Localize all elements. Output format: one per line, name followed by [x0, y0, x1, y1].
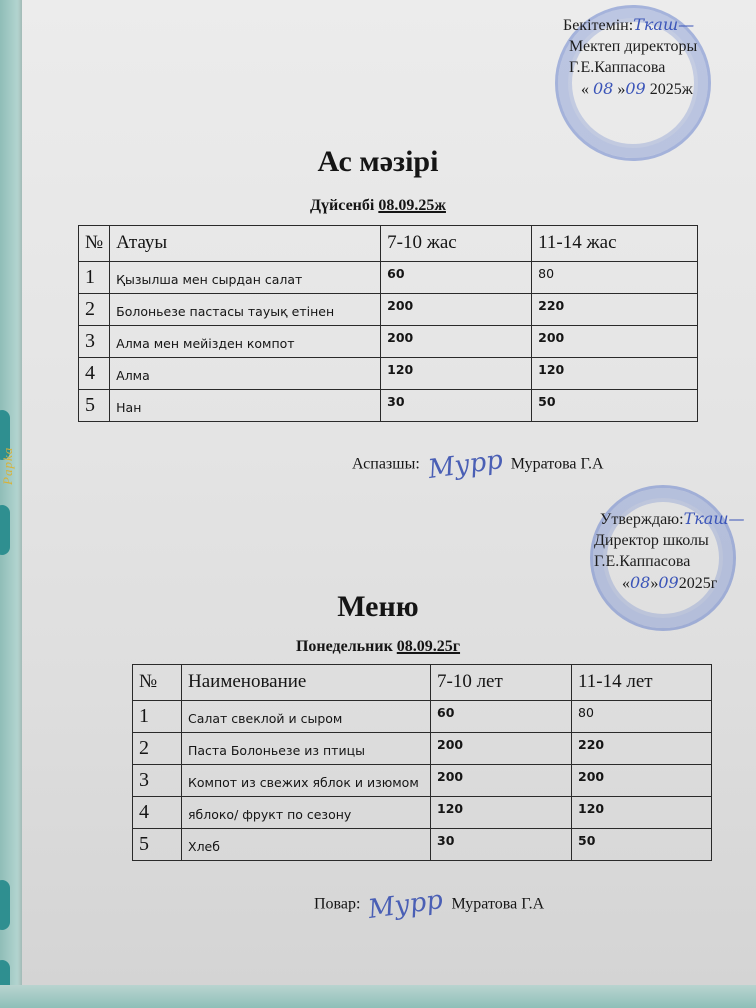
header-name: Атауы	[110, 226, 381, 262]
menu-table-kz: № Атауы 7-10 жас 11-14 жас 1 Қызылша мен…	[78, 225, 698, 422]
approval-block-kz: Бекітемін:Ткаш— Мектеп директоры Г.Е.Кап…	[563, 14, 697, 100]
day-date-kz: Дүйсенбі 08.09.25ж	[0, 197, 756, 215]
cook-signature: Мурр	[426, 445, 504, 485]
binder-label: Papka	[0, 405, 14, 485]
table-row: 4 Алма 120 120	[79, 358, 698, 390]
director-name: Г.Е.Каппасова	[594, 551, 745, 572]
table-row: 5 Нан 30 50	[79, 390, 698, 422]
cook-signature-ru: Повар:МуррМуратова Г.А	[314, 890, 544, 920]
cook-name: Муратова Г.А	[511, 456, 604, 473]
table-row: 4 яблоко/ фрукт по сезону 120 120	[133, 797, 712, 829]
menu-table-ru: № Наименование 7-10 лет 11-14 лет 1 Сала…	[132, 664, 712, 861]
director-position: Мектеп директоры	[563, 36, 697, 57]
approval-label: Бекітемін:	[563, 17, 633, 34]
cook-signature: Мурр	[367, 885, 445, 925]
cook-label: Повар:	[314, 896, 360, 913]
table-row: 3 Компот из свежих яблок и изюмом 200 20…	[133, 765, 712, 797]
table-header-row: № Наименование 7-10 лет 11-14 лет	[133, 665, 712, 701]
director-position: Директор школы	[594, 530, 745, 551]
table-header-row: № Атауы 7-10 жас 11-14 жас	[79, 226, 698, 262]
table-row: 2 Болоньезе пастасы тауық етінен 200 220	[79, 294, 698, 326]
approval-block-ru: Утверждаю:Ткаш— Директор школы Г.Е.Каппа…	[594, 508, 745, 594]
page-title-ru: Меню	[0, 590, 756, 624]
day-date-ru: Понедельник 08.09.25г	[0, 638, 756, 656]
header-age-7-10: 7-10 жас	[381, 226, 532, 262]
approval-label: Утверждаю:	[600, 511, 684, 528]
director-name: Г.Е.Каппасова	[563, 57, 697, 78]
director-signature: Ткаш	[684, 509, 729, 528]
table-row: 3 Алма мен мейізден компот 200 200	[79, 326, 698, 358]
table-row: 1 Салат свеклой и сыром 60 80	[133, 701, 712, 733]
director-signature: Ткаш	[633, 15, 678, 34]
table-row: 1 Қызылша мен сырдан салат 60 80	[79, 262, 698, 294]
header-number: №	[79, 226, 110, 262]
binder-hole	[0, 505, 10, 555]
header-age-7-10: 7-10 лет	[431, 665, 572, 701]
approval-date: « 08 »09 2025ж	[563, 78, 697, 100]
binder-bottom-edge	[0, 985, 756, 1008]
page-title-kz: Ас мәзірі	[0, 145, 756, 179]
binder-hole	[0, 880, 10, 930]
table-row: 2 Паста Болоньезе из птицы 200 220	[133, 733, 712, 765]
header-age-11-14: 11-14 жас	[532, 226, 698, 262]
cook-name: Муратова Г.А	[451, 896, 544, 913]
table-row: 5 Хлеб 30 50	[133, 829, 712, 861]
cook-label: Аспазшы:	[352, 456, 420, 473]
header-age-11-14: 11-14 лет	[572, 665, 712, 701]
cook-signature-kz: Аспазшы:МуррМуратова Г.А	[352, 450, 604, 480]
header-name: Наименование	[182, 665, 431, 701]
header-number: №	[133, 665, 182, 701]
